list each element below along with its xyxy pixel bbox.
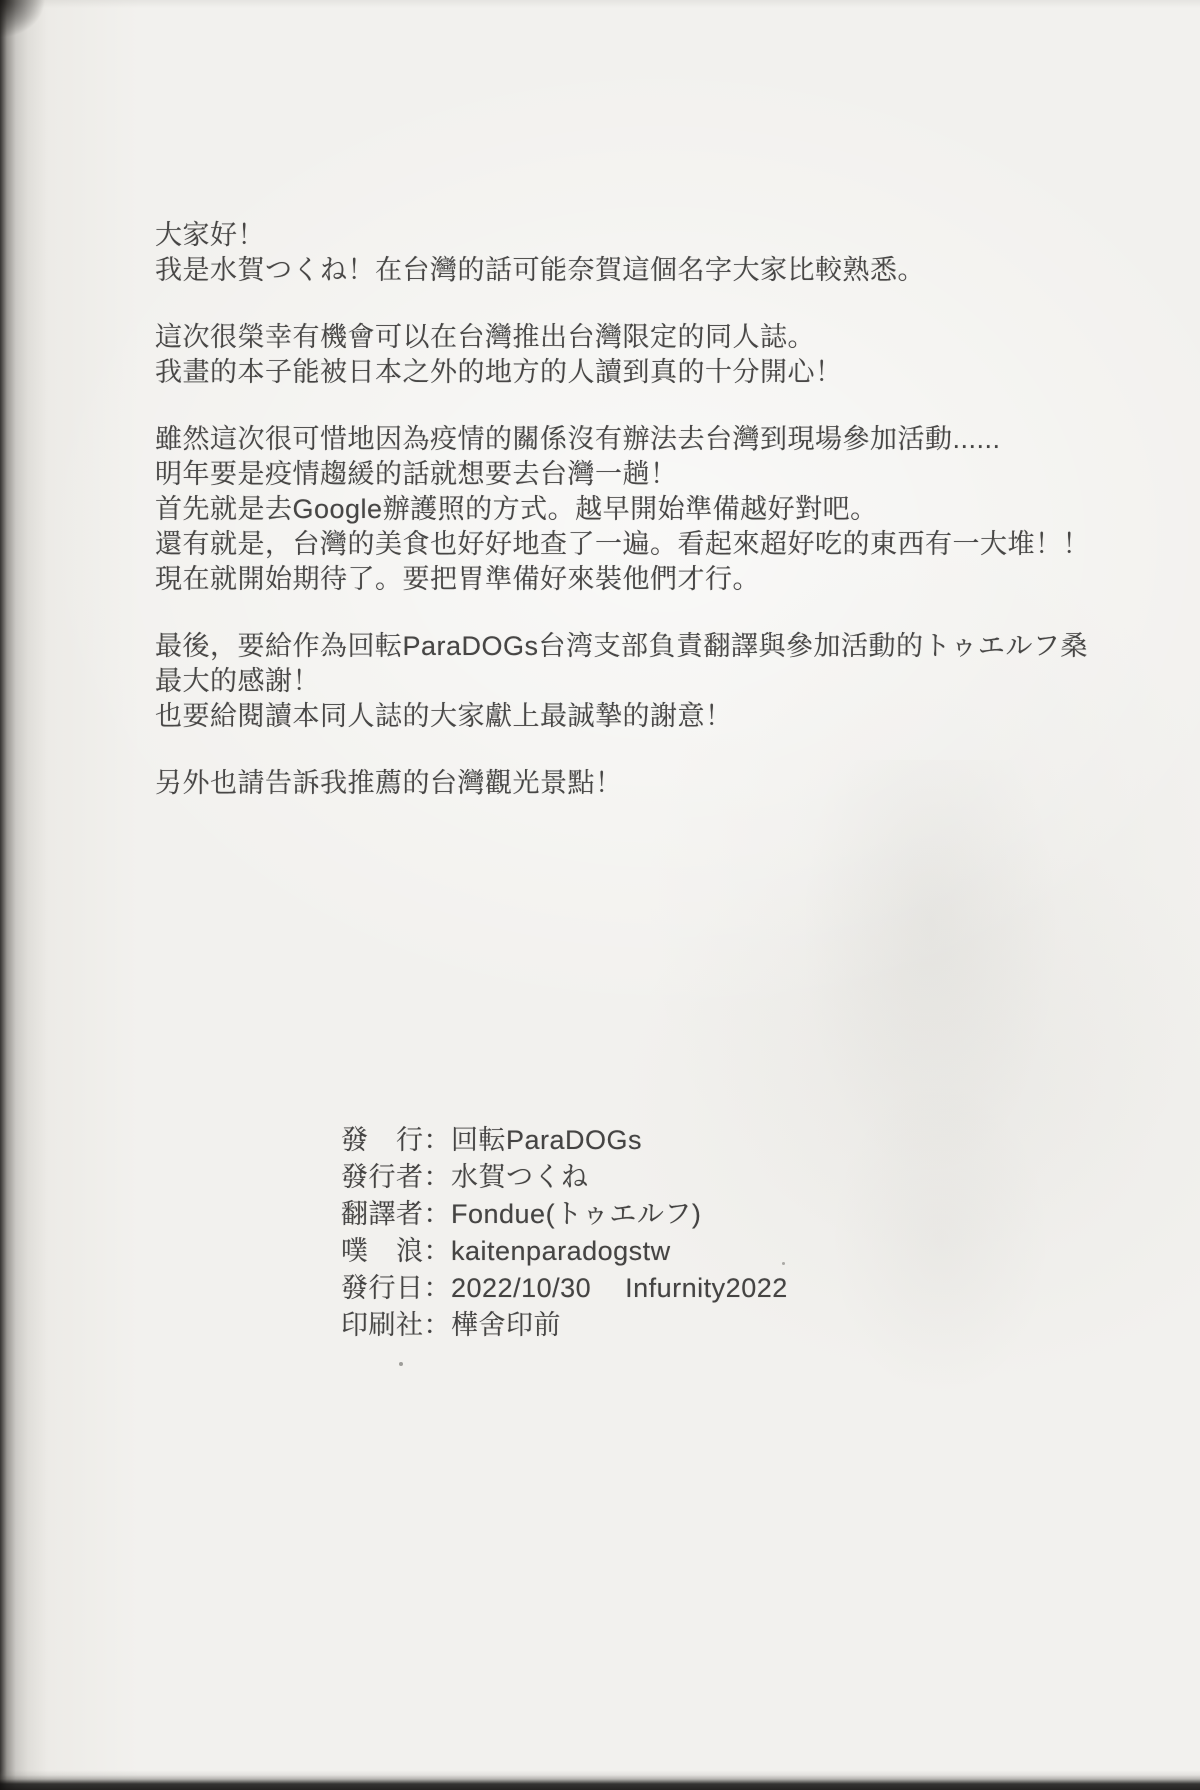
colophon-label: 發行者： xyxy=(341,1159,451,1196)
colophon-label: 噗 浪： xyxy=(341,1233,451,1270)
scan-edge-bottom xyxy=(0,1770,1200,1790)
text-line: 還有就是，台灣的美食也好好地查了一遍。看起來超好吃的東西有一大堆！！ xyxy=(155,527,1095,562)
colophon-row-author: 發行者：水賀つくね xyxy=(341,1159,788,1196)
text-line: 大家好！ xyxy=(155,218,1095,253)
text-line: 明年要是疫情趨緩的話就想要去台灣一趟！ xyxy=(155,457,1095,492)
colophon-label: 印刷社： xyxy=(341,1307,451,1344)
text-line: 現在就開始期待了。要把胃準備好來裝他們才行。 xyxy=(155,562,1095,597)
scan-showthrough-artifact xyxy=(800,760,1060,1180)
text-line: 也要給閱讀本同人誌的大家獻上最誠摯的謝意！ xyxy=(155,699,1095,734)
scan-corner-top-left xyxy=(0,0,70,60)
text-line: 最大的感謝！ xyxy=(155,664,1095,699)
colophon-row-publisher-circle: 發 行：回転ParaDOGs xyxy=(341,1122,788,1159)
text-line: 雖然這次很可惜地因為疫情的關係沒有辦法去台灣到現場參加活動...... xyxy=(155,422,1095,457)
colophon-event-name: Infurnity2022 xyxy=(625,1270,788,1307)
colophon-value: 2022/10/30 xyxy=(451,1270,591,1307)
paragraph-release: 這次很榮幸有機會可以在台灣推出台灣限定的同人誌。 我畫的本子能被日本之外的地方的… xyxy=(155,320,1095,390)
paragraph-request: 另外也請告訴我推薦的台灣觀光景點！ xyxy=(155,766,1095,801)
colophon-row-printer: 印刷社：樺舍印前 xyxy=(341,1307,788,1344)
colophon-value: kaitenparadogstw xyxy=(451,1233,671,1270)
colophon-label: 發 行： xyxy=(341,1122,451,1159)
text-line: 這次很榮幸有機會可以在台灣推出台灣限定的同人誌。 xyxy=(155,320,1095,355)
scan-edge-left xyxy=(0,0,48,1790)
colophon-row-plurk: 噗 浪：kaitenparadogstw xyxy=(341,1233,788,1270)
text-line: 另外也請告訴我推薦的台灣觀光景點！ xyxy=(155,766,1095,801)
colophon-value: Fondue(トゥエルフ) xyxy=(451,1196,701,1233)
paragraph-thanks: 最後，要給作為回転ParaDOGs台湾支部負責翻譯與參加活動的トゥエルフ桑 最大… xyxy=(155,629,1095,734)
colophon-label: 發行日： xyxy=(341,1270,451,1307)
text-line: 首先就是去Google辦護照的方式。越早開始準備越好對吧。 xyxy=(155,492,1095,527)
afterword-text: 大家好！ 我是水賀つくね！在台灣的話可能奈賀這個名字大家比較熟悉。 這次很榮幸有… xyxy=(155,218,1095,801)
scanned-afterword-page: 大家好！ 我是水賀つくね！在台灣的話可能奈賀這個名字大家比較熟悉。 這次很榮幸有… xyxy=(0,0,1200,1790)
scan-speck-artifact xyxy=(399,1362,403,1366)
colophon-value: 水賀つくね xyxy=(451,1159,589,1196)
text-line: 我是水賀つくね！在台灣的話可能奈賀這個名字大家比較熟悉。 xyxy=(155,253,1095,288)
colophon-value: 回転ParaDOGs xyxy=(451,1122,642,1159)
text-line: 我畫的本子能被日本之外的地方的人讀到真的十分開心！ xyxy=(155,355,1095,390)
colophon-row-translator: 翻譯者：Fondue(トゥエルフ) xyxy=(341,1196,788,1233)
paragraph-greeting: 大家好！ 我是水賀つくね！在台灣的話可能奈賀這個名字大家比較熟悉。 xyxy=(155,218,1095,288)
colophon: 發 行：回転ParaDOGs 發行者：水賀つくね 翻譯者：Fondue(トゥエル… xyxy=(341,1122,788,1344)
colophon-label: 翻譯者： xyxy=(341,1196,451,1233)
text-line: 最後，要給作為回転ParaDOGs台湾支部負責翻譯與參加活動的トゥエルフ桑 xyxy=(155,629,1095,664)
scan-showthrough-artifact xyxy=(830,1080,1050,1400)
colophon-row-release-date: 發行日：2022/10/30Infurnity2022 xyxy=(341,1270,788,1307)
paragraph-travel: 雖然這次很可惜地因為疫情的關係沒有辦法去台灣到現場參加活動...... 明年要是… xyxy=(155,422,1095,597)
colophon-value: 樺舍印前 xyxy=(451,1307,561,1344)
